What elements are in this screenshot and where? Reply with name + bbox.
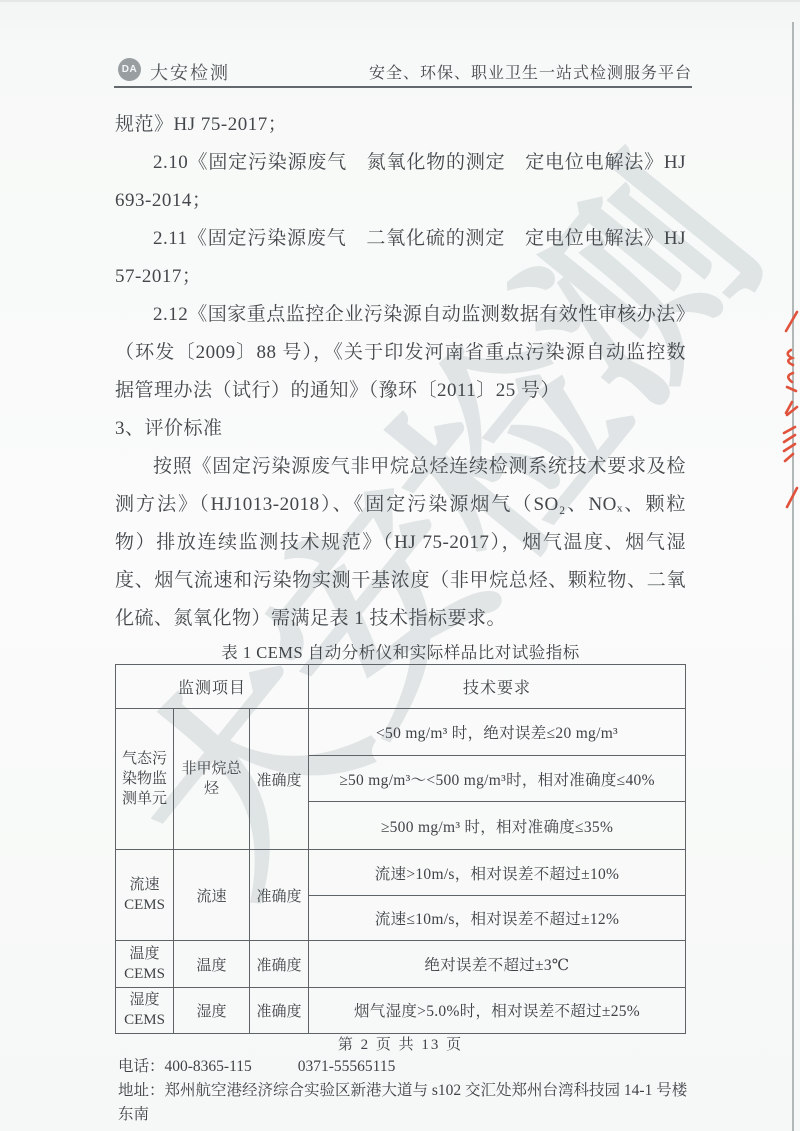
table-row: 温度 CEMS 温度 准确度 绝对误差不超过±3℃	[116, 941, 686, 988]
cems-indicator-table: 监测项目 技术要求 气态污 染物监 测单元 非甲烷总 烃 准确度 <50 mg/…	[115, 664, 686, 1034]
phone-number-1: 400-8365-115	[165, 1058, 252, 1075]
cell-unit: 温度 CEMS	[116, 941, 174, 988]
cell-metric: 准确度	[250, 988, 309, 1034]
table-row: 湿度 CEMS 湿度 准确度 烟气湿度>5.0%时，相对误差不超过±25%	[116, 988, 686, 1034]
body-line: 57-2017；	[115, 258, 686, 296]
body-line: 规范》HJ 75-2017；	[115, 106, 686, 144]
cell-requirement: ≥50 mg/m³～<500 mg/m³时，相对准确度≤40%	[309, 756, 686, 802]
table-caption: 表 1 CEMS 自动分析仪和实际样品比对试验指标	[115, 639, 686, 663]
company-logo-icon: DA	[118, 58, 141, 81]
table-row: 流速 CEMS 流速 准确度 流速>10m/s，相对误差不超过±10%	[116, 850, 686, 896]
body-line: 按照《固定污染源废气非甲烷总烃连续检测系统技术要求及检	[115, 448, 686, 486]
phone-label: 电话：	[118, 1058, 165, 1075]
header-rule	[114, 86, 692, 88]
phone-number-2: 0371-55565115	[298, 1058, 396, 1075]
body-line: 测方法》（HJ1013-2018）、《固定污染源烟气（SO₂、NOₓ、颗粒	[115, 486, 686, 524]
cell-item: 温度	[174, 941, 250, 988]
scan-top-edge	[0, 0, 800, 2]
scanned-document-page: { "header": { "logo_text": "DA", "compan…	[0, 0, 800, 1131]
cell-metric: 准确度	[250, 941, 309, 988]
body-line: 据管理办法（试行）的通知》（豫环〔2011〕25 号）	[115, 372, 686, 410]
company-name: 大安检测	[150, 59, 230, 85]
scan-page-right-edge	[792, 22, 794, 1131]
body-line: 度、烟气流速和污染物实测干基浓度（非甲烷总烃、颗粒物、二氧	[115, 562, 686, 600]
footer-address: 地址：郑州航空港经济综合实验区新港大道与 s102 交汇处郑州台湾科技园 14-…	[118, 1079, 698, 1127]
cell-unit: 湿度 CEMS	[116, 988, 174, 1034]
header-cell-monitoring: 监测项目	[116, 665, 309, 709]
footer-contact: 电话：400-8365-1150371-55565115 地址：郑州航空港经济综…	[118, 1055, 698, 1127]
footer-phone-line: 电话：400-8365-1150371-55565115	[118, 1055, 698, 1079]
cell-metric: 准确度	[250, 709, 309, 850]
cell-item: 流速	[174, 850, 250, 941]
cell-requirement: 烟气湿度>5.0%时，相对误差不超过±25%	[309, 988, 686, 1034]
body-line: 化硫、氮氧化物）需满足表 1 技术指标要求。	[115, 600, 686, 638]
section-heading: 3、评价标准	[115, 410, 686, 448]
page-header: DA 大安检测 安全、环保、职业卫生一站式检测服务平台	[114, 54, 692, 88]
cell-item: 非甲烷总 烃	[174, 709, 250, 850]
cell-item: 湿度	[174, 988, 250, 1034]
cell-requirement: 流速≤10m/s，相对误差不超过±12%	[309, 896, 686, 941]
body-line: （环发〔2009〕88 号），《关于印发河南省重点污染源自动监控数	[115, 334, 686, 372]
cell-unit: 气态污 染物监 测单元	[116, 709, 174, 850]
header-tagline: 安全、环保、职业卫生一站式检测服务平台	[369, 60, 692, 83]
page-number: 第 2 页 共 13 页	[115, 1033, 686, 1054]
table-row: 气态污 染物监 测单元 非甲烷总 烃 准确度 <50 mg/m³ 时，绝对误差≤…	[116, 709, 686, 756]
body-line: 2.11《固定污染源废气 二氧化硫的测定 定电位电解法》HJ	[115, 220, 686, 258]
document-body: 规范》HJ 75-2017； 2.10《固定污染源废气 氮氧化物的测定 定电位电…	[115, 106, 686, 638]
body-line: 物）排放连续监测技术规范》（HJ 75-2017），烟气温度、烟气湿	[115, 524, 686, 562]
body-line: 693-2014；	[115, 182, 686, 220]
body-line: 2.10《固定污染源废气 氮氧化物的测定 定电位电解法》HJ	[115, 144, 686, 182]
cell-metric: 准确度	[250, 850, 309, 941]
cell-requirement: 绝对误差不超过±3℃	[309, 941, 686, 988]
cell-unit: 流速 CEMS	[116, 850, 174, 941]
cell-requirement: ≥500 mg/m³ 时，相对准确度≤35%	[309, 802, 686, 850]
body-line: 2.12《国家重点监控企业污染源自动监测数据有效性审核办法》	[115, 296, 686, 334]
header-cell-requirement: 技术要求	[309, 665, 686, 709]
red-stamp-fragments	[776, 306, 800, 521]
red-stamp-strokes-icon	[776, 306, 800, 516]
cell-requirement: 流速>10m/s，相对误差不超过±10%	[309, 850, 686, 896]
cell-requirement: <50 mg/m³ 时，绝对误差≤20 mg/m³	[309, 709, 686, 756]
table-header-row: 监测项目 技术要求	[116, 665, 686, 709]
